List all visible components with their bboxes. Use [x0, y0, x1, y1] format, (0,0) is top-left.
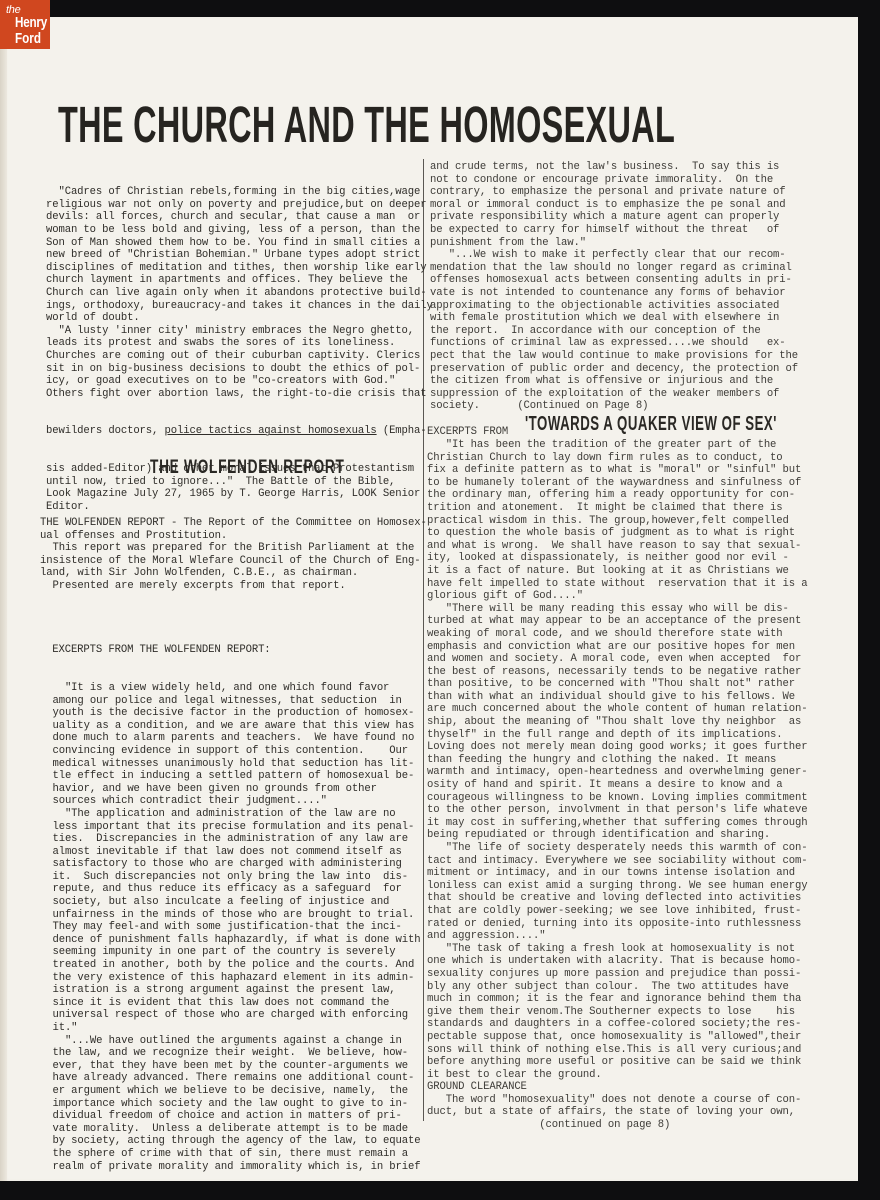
- text-line: emphasis and conviction what are our pos…: [427, 641, 807, 654]
- text-line: not to condone or encourage private immo…: [430, 174, 798, 187]
- text-line: Loving does not merely mean doing good w…: [427, 741, 807, 754]
- look-magazine-quote: "Cadres of Christian rebels,forming in t…: [46, 161, 433, 539]
- text-line: the report. In accordance with our conce…: [430, 325, 798, 338]
- left-column: "Cadres of Christian rebels,forming in t…: [46, 161, 426, 237]
- emphasis-underline: police tactics against homosexuals: [165, 425, 377, 437]
- text-line: "Cadres of Christian rebels,forming in t…: [46, 186, 433, 199]
- text-line: duct, but a state of affairs, the state …: [427, 1106, 807, 1119]
- text-line: to be humanely tolerant of the waywardne…: [427, 477, 807, 490]
- text-line: osity of hand and spirit. It means a des…: [427, 779, 807, 792]
- text-line: fix a definite pattern as to what is "mo…: [427, 464, 807, 477]
- text-line: istration is a strong argument against t…: [40, 984, 420, 997]
- text-line: sexuality conjures up more passion and p…: [427, 968, 807, 981]
- text-line: it.": [40, 1022, 420, 1035]
- text-line: uality as a condition, and we are aware …: [40, 720, 420, 733]
- text-line: They may feel-and with some justificatio…: [40, 921, 420, 934]
- text-line: rated or denied, turning into its opposi…: [427, 918, 807, 931]
- text-line: "There will be many reading this essay w…: [427, 603, 807, 616]
- text-line: realm of private morality and immorality…: [40, 1161, 420, 1174]
- text-line: dividual freedom of choice and action in…: [40, 1110, 420, 1123]
- text-line: world of doubt.: [46, 312, 433, 325]
- text-line: loniless can exist amid a surging throng…: [427, 880, 807, 893]
- text-line: Look Magazine July 27, 1965 by T. George…: [46, 488, 433, 501]
- text-line: glorious gift of God....": [427, 590, 807, 603]
- text-line: ings, orthodoxy, bureaucracy-and takes i…: [46, 300, 433, 313]
- text-line: thyself" in the full range and depth of …: [427, 729, 807, 742]
- text-line: ual offenses and Prostitution.: [40, 530, 427, 543]
- text-line: ity, looked at dispassionately, is neith…: [427, 552, 807, 565]
- text-line: mendation that the law should no longer …: [430, 262, 798, 275]
- text-line: "A lusty 'inner city' ministry embraces …: [46, 325, 433, 338]
- text-line: suppression of the exploitation of the w…: [430, 388, 798, 401]
- text-line: and crude terms, not the law's business.…: [430, 161, 798, 174]
- text-line: mitment or intimacy, and in our towns in…: [427, 867, 807, 880]
- text-line: are much concerned about the whole conte…: [427, 703, 807, 716]
- wolfenden-continued: and crude terms, not the law's business.…: [430, 161, 798, 413]
- text-line: Christian Church to lay down firm rules …: [427, 452, 807, 465]
- text-line: new breed of "Christian Bohemian." Urban…: [46, 249, 433, 262]
- text-line: courageous willingness to be known. Lovi…: [427, 792, 807, 805]
- intro-quote-lines: "Cadres of Christian rebels,forming in t…: [46, 186, 433, 400]
- text-line: icy, or goad executives on to be "co-cre…: [46, 375, 433, 388]
- henry-ford-logo: the Henry Ford: [0, 0, 50, 49]
- text-line: to the other person, involvment in that …: [427, 804, 807, 817]
- text-line: "...We wish to make it perfectly clear t…: [430, 249, 798, 262]
- text-line: offenses homosexual acts between consent…: [430, 274, 798, 287]
- text-line: Son of Man showed them how to be. You fi…: [46, 237, 433, 250]
- text-line: society, but also inculcate a feeling of…: [40, 896, 420, 909]
- line-part: (Empha-: [377, 425, 427, 437]
- text-line: "The application and administration of t…: [40, 808, 420, 821]
- text-line: contrary, to emphasize the personal and …: [430, 186, 798, 199]
- text-line: woman to be less bold and giving, less o…: [46, 224, 433, 237]
- page-edge-shadow: [0, 17, 7, 1181]
- text-line: less important that its precise formulat…: [40, 821, 420, 834]
- text-line: before anything more useful or positive …: [427, 1056, 807, 1069]
- text-line: tact and intimacy. Everywhere we see soc…: [427, 855, 807, 868]
- text-line: it may cost in suffering,whether that su…: [427, 817, 807, 830]
- excerpt-lines: "It is a view widely held, and one which…: [40, 682, 420, 1173]
- text-line: and women and society. A moral code, eve…: [427, 653, 807, 666]
- text-line: er argument which we believe to be decis…: [40, 1085, 420, 1098]
- text-line: pect that the law would continue to make…: [430, 350, 798, 363]
- text-line: havior, and we have been given no ground…: [40, 783, 420, 796]
- text-line: being repudiated or through identificati…: [427, 829, 807, 842]
- text-line: private responsibility which a mature ag…: [430, 211, 798, 224]
- text-line: warmth and intimacy, open-heartedness an…: [427, 766, 807, 779]
- text-line: treated in another, both by the police a…: [40, 959, 420, 972]
- text-line: ever, that they have been met by the cou…: [40, 1060, 420, 1073]
- text-line: done much to alarm parents and teachers.…: [40, 732, 420, 745]
- text-line: sit in on big-business decisions to doub…: [46, 363, 433, 376]
- text-line: sons will think of nothing else.This is …: [427, 1044, 807, 1057]
- text-line: since it is evident that this law does n…: [40, 997, 420, 1010]
- text-line: one which is undertaken with alacrity. T…: [427, 955, 807, 968]
- text-line: tle effect in inducing a settled pattern…: [40, 770, 420, 783]
- text-line: universal respect of those who are charg…: [40, 1009, 420, 1022]
- text-line: "...We have outlined the arguments again…: [40, 1035, 420, 1048]
- text-line: weaking of moral code, and we should the…: [427, 628, 807, 641]
- text-line: and aggression....": [427, 930, 807, 943]
- text-line: turbed at what may appear to be an accep…: [427, 615, 807, 628]
- text-line: Church can live again only when it aband…: [46, 287, 433, 300]
- text-line: the sphere of crime with that of sin, th…: [40, 1148, 420, 1161]
- text-line: medical witnesses unanimously hold that …: [40, 758, 420, 771]
- text-line: standards and daughters in a coffee-colo…: [427, 1018, 807, 1031]
- text-line: it best to clear the ground.: [427, 1069, 807, 1082]
- text-line: satisfactory to those who are charged wi…: [40, 858, 420, 871]
- wolfenden-report-heading: THE WOLFENDEN REPORT: [150, 457, 345, 479]
- text-line: dence of punishment falls haphazardly, i…: [40, 934, 420, 947]
- text-line: to question the whole basis of judgment …: [427, 527, 807, 540]
- text-line: GROUND CLEARANCE: [427, 1081, 807, 1094]
- text-line: the very existence of this haphazard ele…: [40, 972, 420, 985]
- text-line: (continued on page 8): [427, 1119, 807, 1132]
- text-line: seeming impunity in one part of the coun…: [40, 946, 420, 959]
- text-line: that are coldly power-seeking; we see lo…: [427, 905, 807, 918]
- text-line: it. Such discrepancies not only bring th…: [40, 871, 420, 884]
- text-line: convincing evidence in support of this c…: [40, 745, 420, 758]
- text-line: than positive, to be concerned with "Tho…: [427, 678, 807, 691]
- text-line: disciplines of meditation and tithes, th…: [46, 262, 433, 275]
- wolfenden-intro: THE WOLFENDEN REPORT - The Report of the…: [40, 517, 427, 593]
- text-line: the citizen from what is offensive or in…: [430, 375, 798, 388]
- text-line: vate is not intended to countenance any …: [430, 287, 798, 300]
- quaker-prefix: EXCERPTS FROM: [427, 426, 508, 439]
- text-line: ties. Discrepancies in the administratio…: [40, 833, 420, 846]
- text-line: functions of criminal law as expressed..…: [430, 337, 798, 350]
- text-line: unfairness in the minds of those who are…: [40, 909, 420, 922]
- text-line: the best of reasons, necessarily tends t…: [427, 666, 807, 679]
- text-line: preservation of public order and decency…: [430, 363, 798, 376]
- text-line: much in common; it is the fear and ignor…: [427, 993, 807, 1006]
- text-line: Churches are coming out of their cuburba…: [46, 350, 433, 363]
- right-column: and crude terms, not the law's business.…: [427, 161, 807, 211]
- text-line: almost inevitable if that law does not c…: [40, 846, 420, 859]
- text-line: have felt impelled to state without rese…: [427, 578, 807, 591]
- text-line: than feeding the hungry and clothing the…: [427, 754, 807, 767]
- text-line: The word "homosexuality" does not denote…: [427, 1094, 807, 1107]
- text-line: Presented are merely excerpts from that …: [40, 580, 427, 593]
- text-line: be expected to carry for himself without…: [430, 224, 798, 237]
- underlined-line: bewilders doctors, police tactics agains…: [46, 425, 433, 438]
- text-line: importance which society and the law oug…: [40, 1098, 420, 1111]
- text-line: THE WOLFENDEN REPORT - The Report of the…: [40, 517, 427, 530]
- text-line: have already advanced. There remains one…: [40, 1072, 420, 1085]
- text-line: Editor.: [46, 501, 433, 514]
- text-line: moral or immoral conduct is to emphasize…: [430, 199, 798, 212]
- text-line: punishment from the law.": [430, 237, 798, 250]
- text-line: the ordinary man, offering him a ready o…: [427, 489, 807, 502]
- text-line: land, with Sir John Wolfenden, C.B.E., a…: [40, 567, 427, 580]
- quaker-excerpts: "It has been the tradition of the greate…: [427, 439, 807, 1132]
- text-line: trition and atonement. It might be claim…: [427, 502, 807, 515]
- text-line: youth is the decisive factor in the prod…: [40, 707, 420, 720]
- text-line: it is a fact of nature. But looking at i…: [427, 565, 807, 578]
- text-line: practical wisdom in this. The group,howe…: [427, 515, 807, 528]
- text-line: "The life of society desperately needs t…: [427, 842, 807, 855]
- text-line: "It is a view widely held, and one which…: [40, 682, 420, 695]
- text-line: by society, acting through the agency of…: [40, 1135, 420, 1148]
- text-line: that should be creative and loving defle…: [427, 892, 807, 905]
- text-line: give them their venom.The Southerner exp…: [427, 1006, 807, 1019]
- text-line: Others fight over abortion laws, the rig…: [46, 388, 433, 401]
- text-line: among our police and legal witnesses, th…: [40, 695, 420, 708]
- text-line: and what is wrong. We shall have reason …: [427, 540, 807, 553]
- text-line: bly any other subject than colour. The t…: [427, 981, 807, 994]
- wolfenden-excerpts: EXCERPTS FROM THE WOLFENDEN REPORT: "It …: [46, 619, 420, 1198]
- text-line: approximating to the objectionable activ…: [430, 300, 798, 313]
- text-line: devils: all forces, church and secular, …: [46, 211, 433, 224]
- text-line: church layment in apartments and offices…: [46, 274, 433, 287]
- text-line: pectable suppose that, once homosexualit…: [427, 1031, 807, 1044]
- text-line: "The task of taking a fresh look at homo…: [427, 943, 807, 956]
- logo-henry: Henry: [15, 14, 47, 31]
- text-line: ship, about the meaning of "Thou shalt l…: [427, 716, 807, 729]
- text-line: insistence of the Moral Wlefare Council …: [40, 555, 427, 568]
- text-line: religious war not only on poverty and pr…: [46, 199, 433, 212]
- text-line: vate morality. Unless a deliberate attem…: [40, 1123, 420, 1136]
- text-line: This report was prepared for the British…: [40, 542, 427, 555]
- quaker-view-heading: 'TOWARDS A QUAKER VIEW OF SEX': [525, 413, 777, 436]
- text-line: the law, and we recognize their weight. …: [40, 1047, 420, 1060]
- text-line: repute, and thus reduce its efficacy as …: [40, 883, 420, 896]
- line-part: bewilders doctors,: [46, 425, 165, 437]
- logo-ford: Ford: [15, 30, 41, 47]
- page-title: THE CHURCH AND THE HOMOSEXUAL: [58, 96, 694, 154]
- text-line: leads its protest and swabs the sores of…: [46, 337, 433, 350]
- excerpts-heading: EXCERPTS FROM THE WOLFENDEN REPORT:: [46, 644, 420, 657]
- text-line: "It has been the tradition of the greate…: [427, 439, 807, 452]
- text-line: society. (Continued on Page 8): [430, 400, 798, 413]
- text-line: than with what an individual should give…: [427, 691, 807, 704]
- text-line: with female prostitution which we deal w…: [430, 312, 798, 325]
- text-line: sources which contradict their judgment.…: [40, 795, 420, 808]
